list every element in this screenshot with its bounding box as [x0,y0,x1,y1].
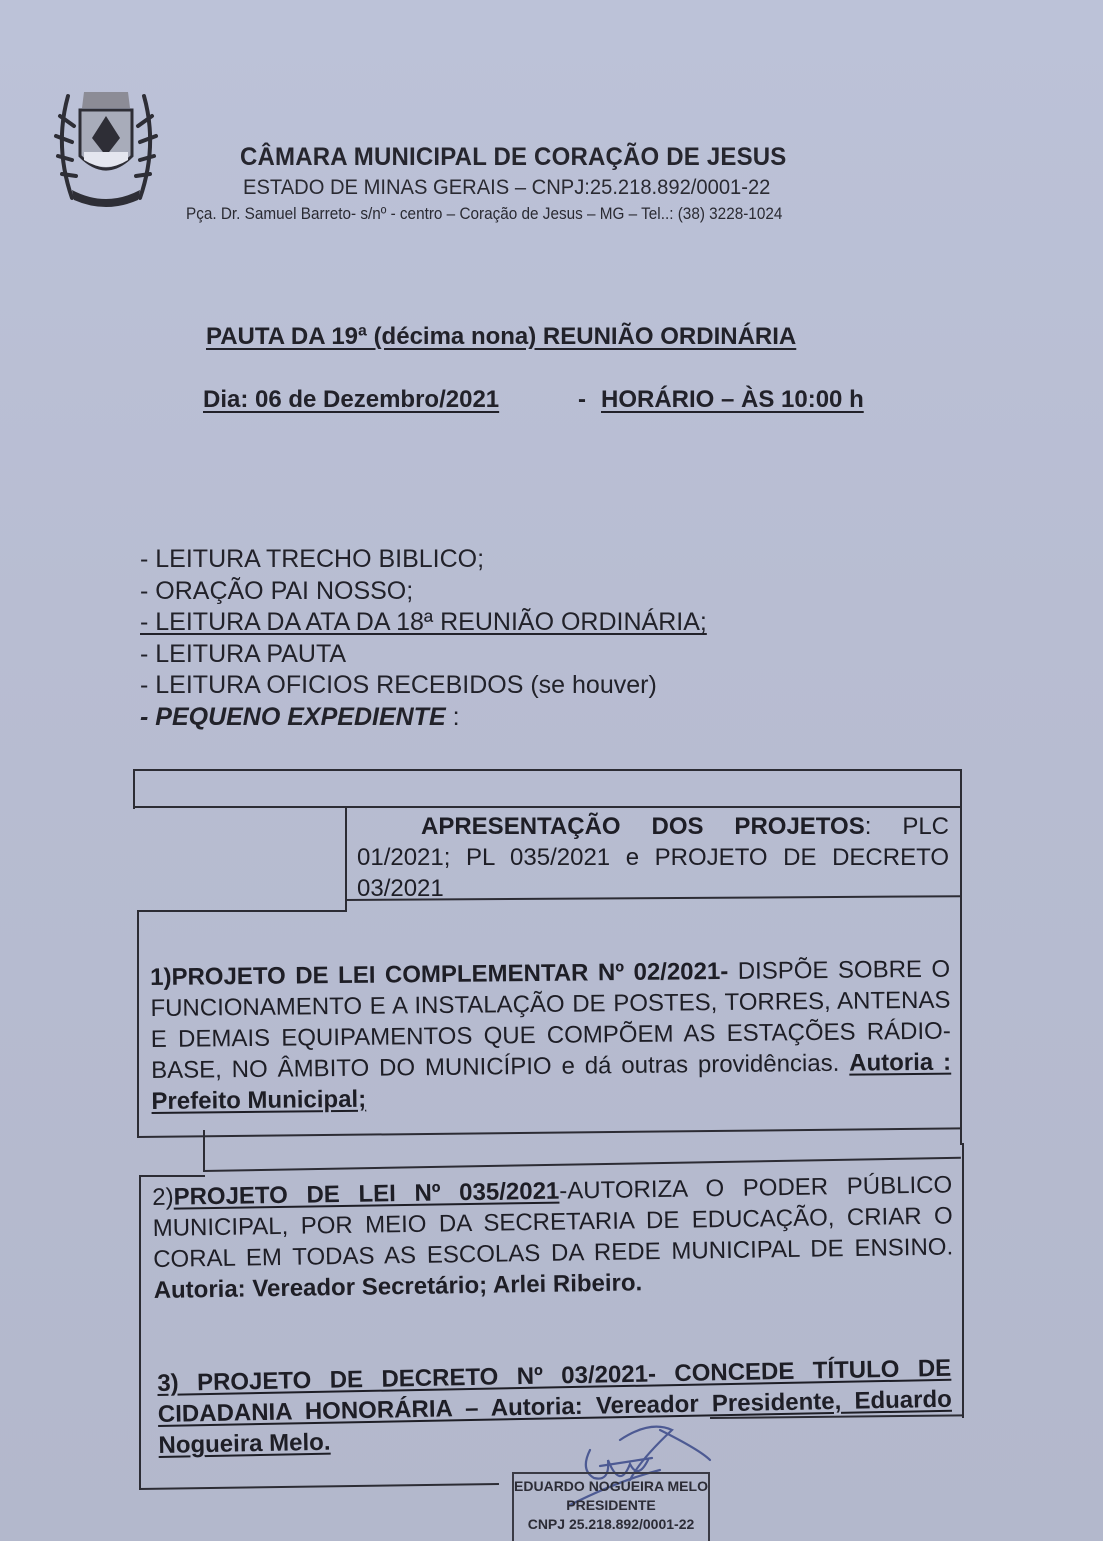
meeting-title: PAUTA DA 19ª (décima nona) REUNIÃO ORDIN… [206,323,796,351]
agenda-item: - LEITURA DA ATA DA 18ª REUNIÃO ORDINÁRI… [140,607,707,639]
project-1-heading: 1)PROJETO DE LEI COMPLEMENTAR Nº 02/2021… [150,958,728,991]
meeting-separator: - [578,386,586,414]
presentation-label: APRESENTAÇÃO DOS PROJETOS [421,813,865,840]
project-2: 2)PROJETO DE LEI Nº 035/2021-AUTORIZA O … [152,1169,954,1306]
project-1: 1)PROJETO DE LEI COMPLEMENTAR Nº 02/2021… [150,954,952,1117]
project-2-number: 2) [152,1184,174,1211]
project-3: 3) PROJETO DE DECRETO Nº 03/2021- CONCED… [157,1353,953,1461]
project-2-heading: PROJETO DE LEI Nº 035/2021 [173,1178,559,1211]
agenda-item: - PEQUENO EXPEDIENTE : [140,702,707,734]
institution-title: CÂMARA MUNICIPAL DE CORAÇÃO DE JESUS [240,143,787,172]
agenda-item-label: - PEQUENO EXPEDIENTE [140,703,446,731]
stamp-cnpj: CNPJ 25.218.892/0001-22 [514,1515,708,1534]
institution-address: Pça. Dr. Samuel Barreto- s/nº - centro –… [186,204,782,224]
agenda-list: - LEITURA TRECHO BIBLICO; - ORAÇÃO PAI N… [140,544,707,733]
agenda-item: - LEITURA PAUTA [140,639,707,671]
presentation-cell: APRESENTAÇÃO DOS PROJETOS: PLC 01/2021; … [357,811,949,904]
agenda-item: - ORAÇÃO PAI NOSSO; [140,576,707,608]
meeting-date: Dia: 06 de Dezembro/2021 [203,386,499,414]
meeting-time: HORÁRIO – ÀS 10:00 h [601,386,864,414]
president-stamp: EDUARDO NOGUEIRA MELO PRESIDENTE CNPJ 25… [512,1472,710,1541]
stamp-role: PRESIDENTE [514,1496,708,1515]
presentation-colon: : [865,813,872,840]
stamp-name: EDUARDO NOGUEIRA MELO [514,1477,708,1496]
institution-subtitle: ESTADO DE MINAS GERAIS – CNPJ:25.218.892… [243,176,770,200]
agenda-item-suffix: : [446,703,460,731]
agenda-item: - LEITURA TRECHO BIBLICO; [140,544,707,576]
project-2-authorship: Autoria: Vereador Secretário; Arlei Ribe… [153,1269,642,1304]
agenda-item: - LEITURA OFICIOS RECEBIDOS (se houver) [140,670,707,702]
coat-of-arms-icon [46,86,166,212]
